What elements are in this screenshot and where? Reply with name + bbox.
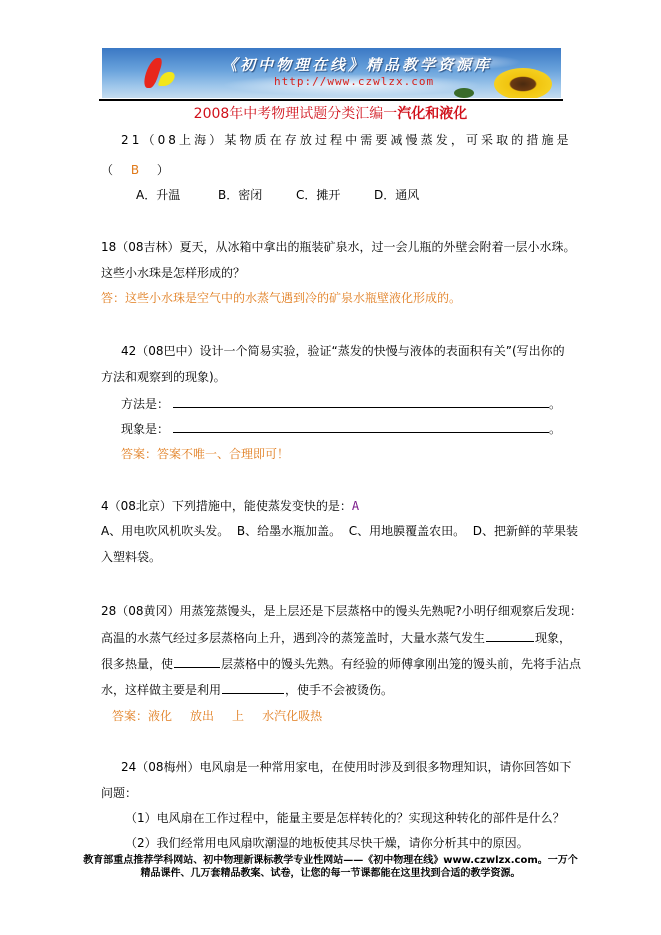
site-logo-icon: [157, 72, 176, 86]
phenomenon-label: 现象是：: [121, 422, 169, 436]
method-label: 方法是：: [121, 397, 169, 411]
leaf-icon: [454, 88, 474, 98]
q28-blank-2[interactable]: [174, 656, 220, 668]
q18-line1: 18（08吉林）夏天，从冰箱中拿出的瓶装矿泉水，过一会儿瓶的外壁会附着一层小水珠…: [101, 240, 576, 254]
q21-stem: 21（08上海）某物质在存放过程中需要减慢蒸发，可采取的措施是: [121, 133, 572, 147]
q42-phenomenon-row: 现象是：。: [121, 421, 561, 436]
q21-option-d: D．通风: [374, 188, 419, 202]
q28-blank-1[interactable]: [486, 630, 534, 642]
q42-method-row: 方法是：。: [121, 396, 561, 411]
q28-line4-text: 水，这样做主要是利用: [101, 683, 221, 697]
q42-line1: 42（08巴中）设计一个简易实验，验证“蒸发的快慢与液体的表面积有关”(写出你的: [121, 344, 565, 358]
phenomenon-blank[interactable]: [173, 421, 549, 433]
banner-divider: [99, 99, 563, 101]
q28-line4: 水，这样做主要是利用，使手不会被烫伤。: [101, 682, 393, 697]
q21-answer-line: （ B ）: [101, 163, 169, 177]
q28-line2: 高温的水蒸气经过多层蒸格向上升，遇到冷的蒸笼盖时，大量水蒸气发生现象，: [101, 630, 571, 645]
footer-line2: 精品课件、几万套精品教案、试卷，让您的每一节课都能在这里找到合适的教学资源。: [0, 867, 661, 880]
title-topic: 汽化和液化: [397, 106, 467, 122]
q24-sub2: （2）我们经常用电风扇吹潮湿的地板使其尽快干燥，请你分析其中的原因。: [125, 836, 529, 850]
q28-line1: 28（08黄冈）用蒸笼蒸馒头，是上层还是下层蒸格中的馒头先熟呢?小明仔细观察后发…: [101, 604, 582, 618]
q28-answer-1: 液化: [148, 709, 172, 723]
q21-option-a: A．升温: [136, 188, 180, 202]
banner-title: 《初中物理在线》精品教学资源库: [222, 54, 492, 75]
paren-open: （: [101, 163, 113, 177]
q4-options-line1: A、用电吹风机吹头发。 B、给墨水瓶加盖。 C、用地膜覆盖农田。 D、把新鲜的苹…: [101, 524, 578, 538]
title-prefix: 2008年中考物理试题分类汇编一: [194, 106, 398, 122]
end-mark: 。: [549, 422, 561, 436]
method-blank[interactable]: [173, 396, 549, 408]
q18-line2: 这些小水珠是怎样形成的？: [101, 266, 245, 280]
document-title: 2008年中考物理试题分类汇编一汽化和液化: [0, 105, 661, 123]
paren-close: ）: [157, 163, 169, 177]
q28-line3-text: 很多热量，使: [101, 657, 173, 671]
q21-option-c: C．摊开: [296, 188, 340, 202]
q42-answer: 答案：答案不唯一、合理即可！: [121, 447, 289, 461]
q4-stem: 4（08北京）下列措施中，能使蒸发变快的是：: [101, 499, 352, 513]
q4-answer: A: [352, 499, 359, 513]
q24-line1: 24（08梅州）电风扇是一种常用家电，在使用时涉及到很多物理知识，请你回答如下: [121, 760, 572, 774]
sunflower-icon: [494, 68, 552, 98]
q42-line2: 方法和观察到的现象)。: [101, 370, 226, 384]
banner-url[interactable]: http://www.czwlzx.com: [274, 75, 434, 88]
q28-line3-text: 层蒸格中的馒头先熟。有经验的师傅拿刚出笼的馒头前，先将手沾点: [221, 657, 581, 671]
q28-answer-4: 水汽化吸热: [262, 709, 322, 723]
q24-sub1: （1）电风扇在工作过程中，能量主要是怎样转化的？实现这种转化的部件是什么？: [125, 811, 565, 825]
q28-line3: 很多热量，使层蒸格中的馒头先熟。有经验的师傅拿刚出笼的馒头前，先将手沾点: [101, 656, 581, 671]
q28-line2-text: 现象，: [535, 631, 571, 645]
footer-line1: 教育部重点推荐学科网站、初中物理新课标教学专业性网站——《初中物理在线》www.…: [0, 854, 661, 867]
q28-answer-row: 答案：液化放出上水汽化吸热: [112, 709, 322, 723]
q28-answer-2: 放出: [190, 709, 214, 723]
q21-option-b: B．密闭: [218, 188, 262, 202]
q21-answer: B: [131, 163, 139, 177]
q28-answer-label: 答案：: [112, 709, 148, 723]
q24-line2: 问题：: [101, 786, 137, 800]
header-banner: 《初中物理在线》精品教学资源库 http://www.czwlzx.com: [102, 48, 561, 98]
q4-stem-row: 4（08北京）下列措施中，能使蒸发变快的是：A: [101, 499, 359, 513]
q28-answer-3: 上: [232, 709, 244, 723]
q28-line4-text: ，使手不会被烫伤。: [285, 683, 393, 697]
q18-answer: 答：这些小水珠是空气中的水蒸气遇到冷的矿泉水瓶壁液化形成的。: [101, 291, 461, 305]
q28-line2-text: 高温的水蒸气经过多层蒸格向上升，遇到冷的蒸笼盖时，大量水蒸气发生: [101, 631, 485, 645]
q4-options-line2: 入塑料袋。: [101, 550, 161, 564]
end-mark: 。: [549, 397, 561, 411]
q28-blank-3[interactable]: [222, 682, 284, 694]
